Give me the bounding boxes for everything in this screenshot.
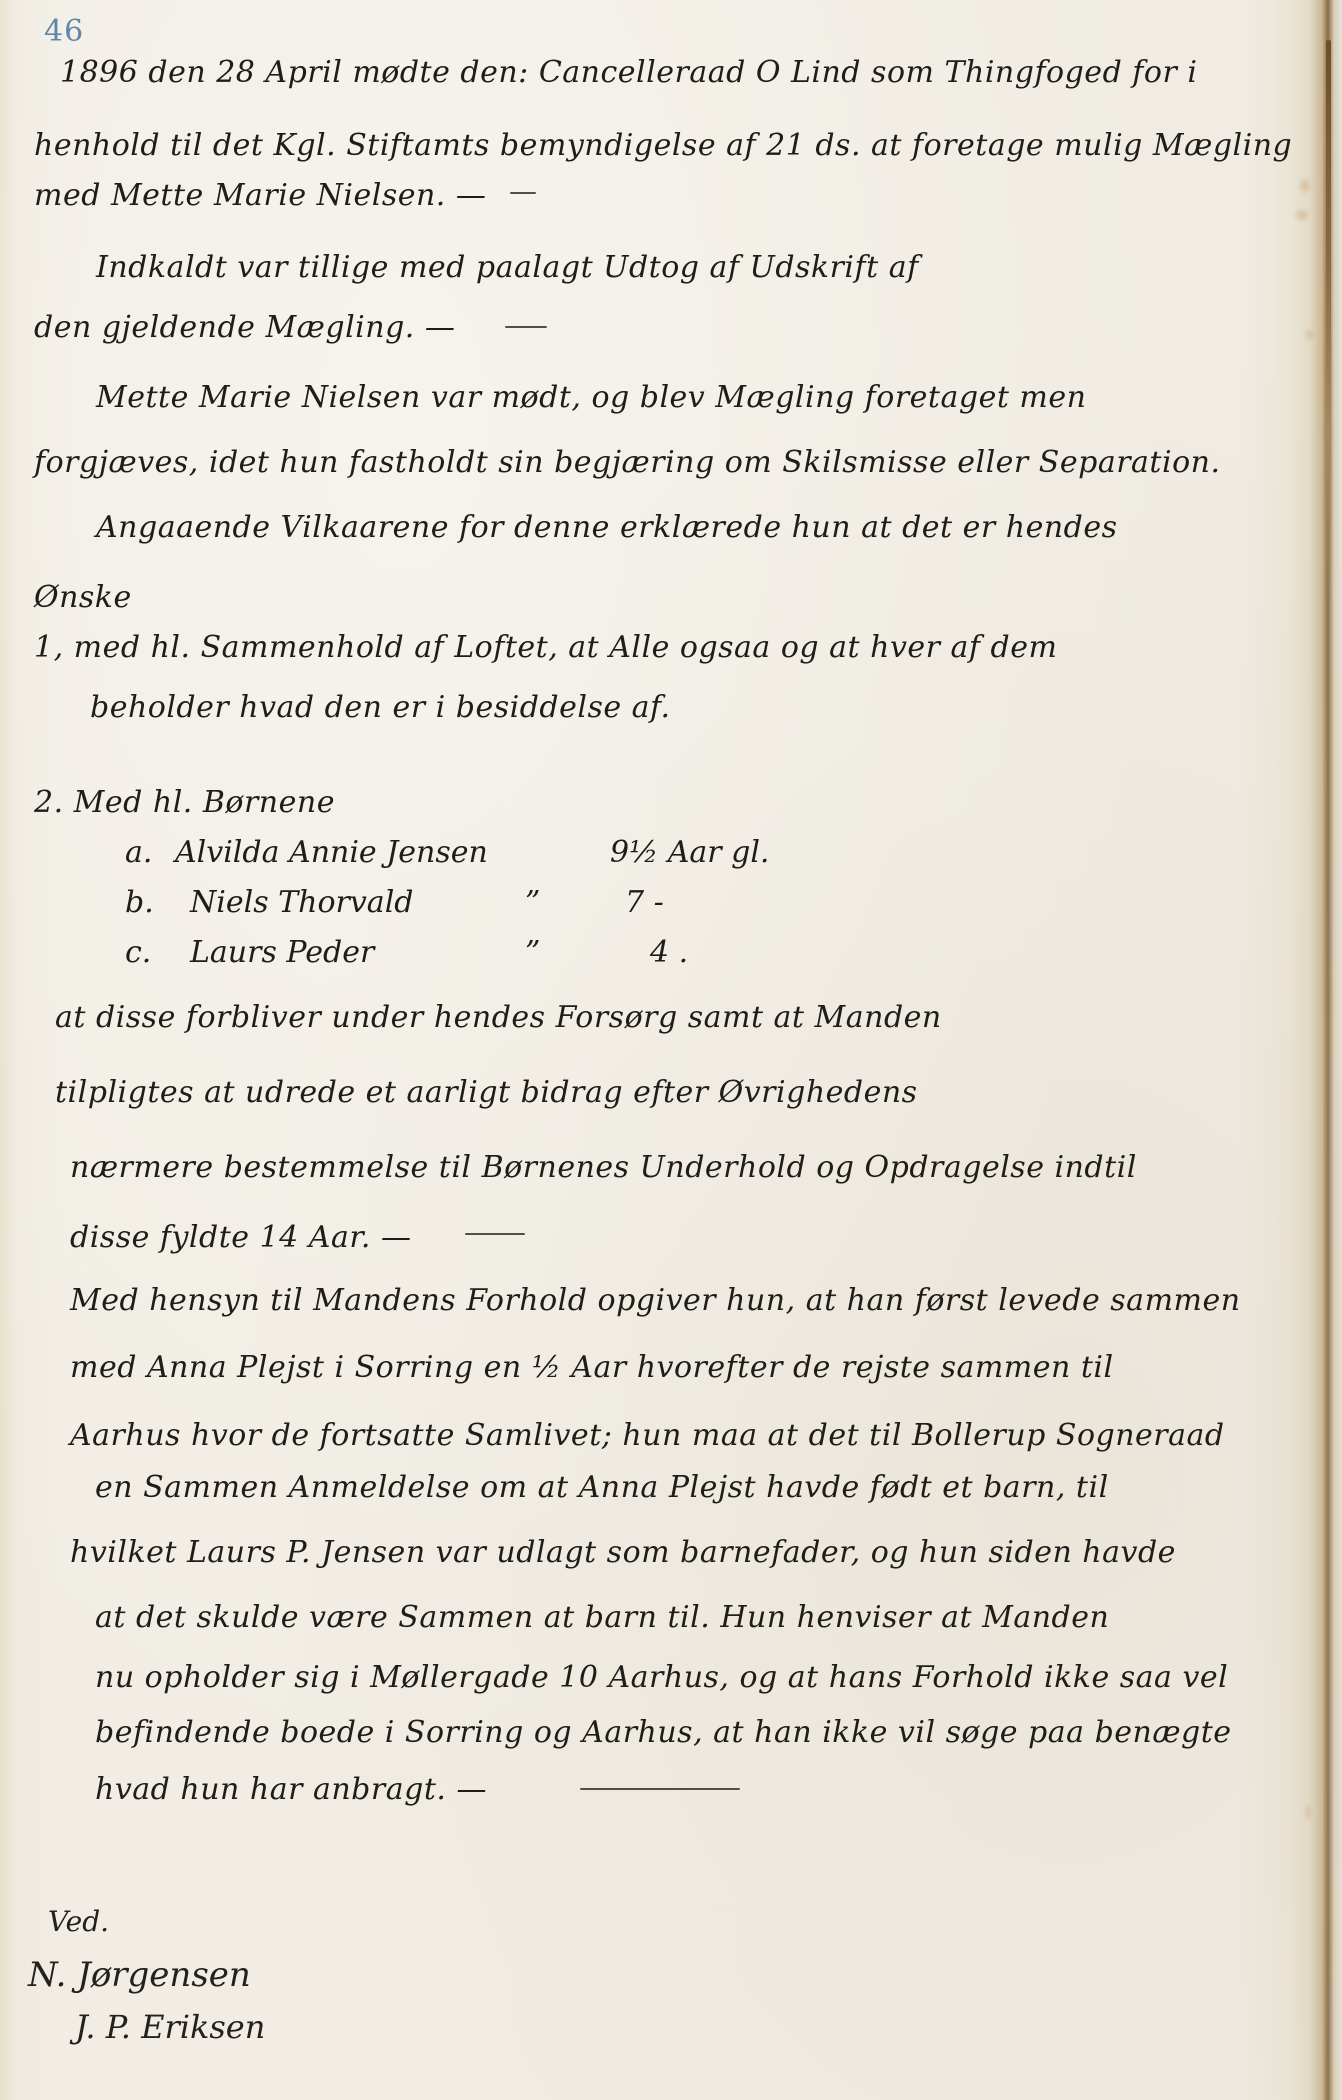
child-name: Laurs Peder <box>190 935 374 970</box>
text-line: forgjæves, idet hun fastholdt sin begjær… <box>34 445 1221 480</box>
text-line: hvilket Laurs P. Jensen var udlagt som b… <box>70 1535 1176 1570</box>
text-line: 2. Med hl. Børnene <box>34 785 335 820</box>
text-line: tilpligtes at udrede et aarligt bidrag e… <box>55 1075 918 1110</box>
text-line: Indkaldt var tillige med paalagt Udtog a… <box>96 250 919 285</box>
child-letter: a. <box>125 835 152 870</box>
paper-stain <box>1300 180 1310 192</box>
text-line: en Sammen Anmeldelse om at Anna Plejst h… <box>95 1470 1109 1505</box>
child-age: 9½ Aar gl. <box>610 835 769 870</box>
dash-rule <box>580 1788 740 1790</box>
signature-name: N. Jørgensen <box>28 1955 251 1995</box>
text-line: befindende boede i Sorring og Aarhus, at… <box>95 1715 1232 1750</box>
child-age: 7 - <box>625 885 664 920</box>
text-line: 1896 den 28 April mødte den: Cancelleraa… <box>60 55 1197 90</box>
child-name: Niels Thorvald <box>190 885 414 920</box>
text-line: beholder hvad den er i besiddelse af. <box>90 690 671 725</box>
text-line: den gjeldende Mægling. — <box>34 310 455 345</box>
witness-label: Ved. <box>48 1905 109 1938</box>
dash-rule <box>465 1233 525 1235</box>
text-line: Med hensyn til Mandens Forhold opgiver h… <box>70 1283 1241 1318</box>
paper-stain <box>1306 1805 1311 1819</box>
manuscript-page: 46 1896 den 28 April mødte den: Cancelle… <box>0 0 1342 2100</box>
dash-rule <box>510 192 536 194</box>
text-line: med Anna Plejst i Sorring en ½ Aar hvore… <box>70 1350 1114 1385</box>
child-ditto: ” <box>525 935 540 970</box>
signature-name: J. P. Eriksen <box>75 2008 265 2046</box>
text-line: at det skulde være Sammen at barn til. H… <box>95 1600 1109 1635</box>
text-line: Ønske <box>34 580 132 615</box>
child-age: 4 . <box>650 935 688 970</box>
dash-rule <box>505 326 547 328</box>
child-letter: b. <box>125 885 154 920</box>
text-line: med Mette Marie Nielsen. — <box>34 178 486 213</box>
text-line: 1, med hl. Sammenhold af Loftet, at Alle… <box>34 630 1057 665</box>
text-line: Angaaende Vilkaarene for denne erklærede… <box>96 510 1118 545</box>
paper-stain <box>1306 330 1313 339</box>
text-line: Mette Marie Nielsen var mødt, og blev Mæ… <box>96 380 1086 415</box>
text-line: henhold til det Kgl. Stiftamts bemyndige… <box>34 128 1292 163</box>
child-ditto: ” <box>525 885 540 920</box>
book-spine-edge <box>1326 40 1331 600</box>
text-line: at disse forbliver under hendes Forsørg … <box>55 1000 942 1035</box>
text-line: nærmere bestemmelse til Børnenes Underho… <box>70 1150 1137 1185</box>
child-entry: b. Niels Thorvald ” 7 - <box>0 885 900 925</box>
text-line: hvad hun har anbragt. — <box>95 1772 487 1807</box>
text-line: disse fyldte 14 Aar. — <box>70 1220 411 1255</box>
paper-stain <box>1296 210 1308 220</box>
text-line: nu opholder sig i Møllergade 10 Aarhus, … <box>95 1660 1228 1695</box>
page-number: 46 <box>44 14 84 49</box>
child-name: Alvilda Annie Jensen <box>175 835 488 870</box>
text-line: Aarhus hvor de fortsatte Samlivet; hun m… <box>70 1418 1225 1453</box>
child-entry: c. Laurs Peder ” 4 . <box>0 935 900 975</box>
child-entry: a. Alvilda Annie Jensen 9½ Aar gl. <box>0 835 900 875</box>
child-letter: c. <box>125 935 151 970</box>
